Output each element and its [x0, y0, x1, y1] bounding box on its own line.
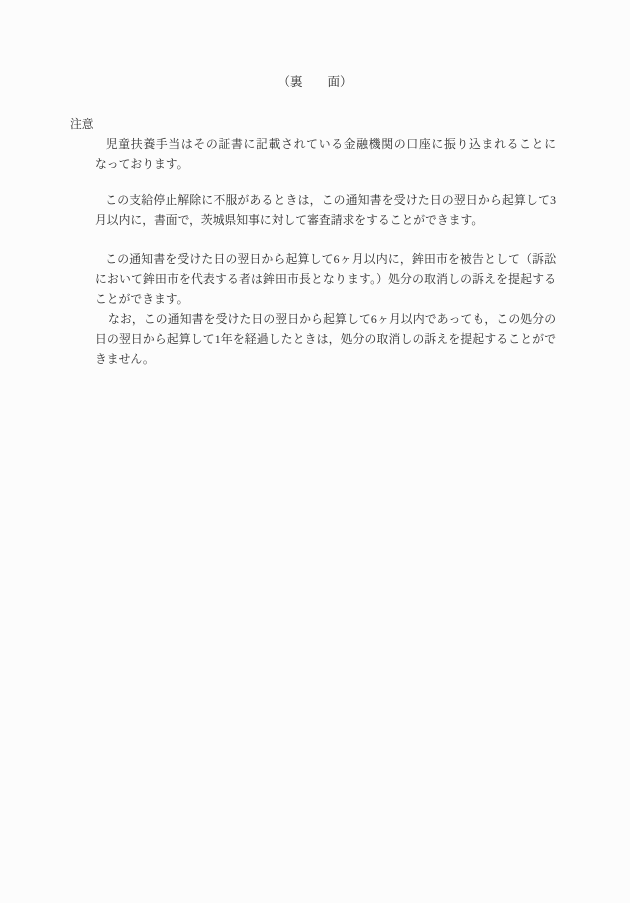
note-line: 日の翌日から起算して1年を経過したときは，処分の取消しの訴えを提起することがで — [95, 329, 556, 349]
notice-heading: 注意 — [70, 114, 630, 134]
note-item-1: 1児童扶養手当はその証書に記載されている金融機関の口座に振り込まれることに なっ… — [95, 134, 556, 174]
note-line: において鉾田市を代表する者は鉾田市長となります。）処分の取消しの訴えを提起する — [95, 269, 556, 289]
page-side-label: （裏 面） — [0, 72, 630, 92]
note-line-text: 月以内に，書面で，茨城県知事に対して審査請求をすることができます。 — [95, 213, 483, 227]
item-number: 3 — [95, 249, 105, 269]
note-line: 3この通知書を受けた日の翌日から起算して6ヶ月以内に，鉾田市を被告として（訴訟 — [95, 249, 556, 269]
item-number: 1 — [95, 134, 105, 154]
notice-list: 1児童扶養手当はその証書に記載されている金融機関の口座に振り込まれることに なっ… — [95, 134, 556, 369]
note-item-2: 2この支給停止解除に不服があるときは，この通知書を受けた日の翌日から起算して3 … — [95, 190, 556, 230]
note-line-text: において鉾田市を代表する者は鉾田市長となります。）処分の取消しの訴えを提起する — [95, 272, 556, 286]
note-line-text: この支給停止解除に不服があるときは，この通知書を受けた日の翌日から起算して3 — [105, 193, 556, 207]
note-line-text: きません。 — [95, 352, 155, 366]
note-line-text: なっております。 — [95, 157, 188, 171]
item-number: 2 — [95, 190, 105, 210]
note-line: なっております。 — [95, 154, 556, 174]
note-item-3: 3この通知書を受けた日の翌日から起算して6ヶ月以内に，鉾田市を被告として（訴訟 … — [95, 249, 556, 369]
document-page: （裏 面） 注意 1児童扶養手当はその証書に記載されている金融機関の口座に振り込… — [0, 0, 630, 903]
note-line: なお，この通知書を受けた日の翌日から起算して6ヶ月以内であっても，この処分の — [95, 309, 556, 329]
note-line-text: 児童扶養手当はその証書に記載されている金融機関の口座に振り込まれることに — [105, 137, 556, 151]
note-line: ことができます。 — [95, 289, 556, 309]
note-line: 1児童扶養手当はその証書に記載されている金融機関の口座に振り込まれることに — [95, 134, 556, 154]
note-line-text: ことができます。 — [95, 292, 188, 306]
note-line: きません。 — [95, 349, 556, 369]
note-line-text: 日の翌日から起算して1年を経過したときは，処分の取消しの訴えを提起することがで — [95, 332, 556, 346]
note-line-text: なお，この通知書を受けた日の翌日から起算して6ヶ月以内であっても，この処分の — [108, 312, 556, 326]
note-line: 月以内に，書面で，茨城県知事に対して審査請求をすることができます。 — [95, 210, 556, 230]
note-line-text: この通知書を受けた日の翌日から起算して6ヶ月以内に，鉾田市を被告として（訴訟 — [105, 252, 556, 266]
note-line: 2この支給停止解除に不服があるときは，この通知書を受けた日の翌日から起算して3 — [95, 190, 556, 210]
